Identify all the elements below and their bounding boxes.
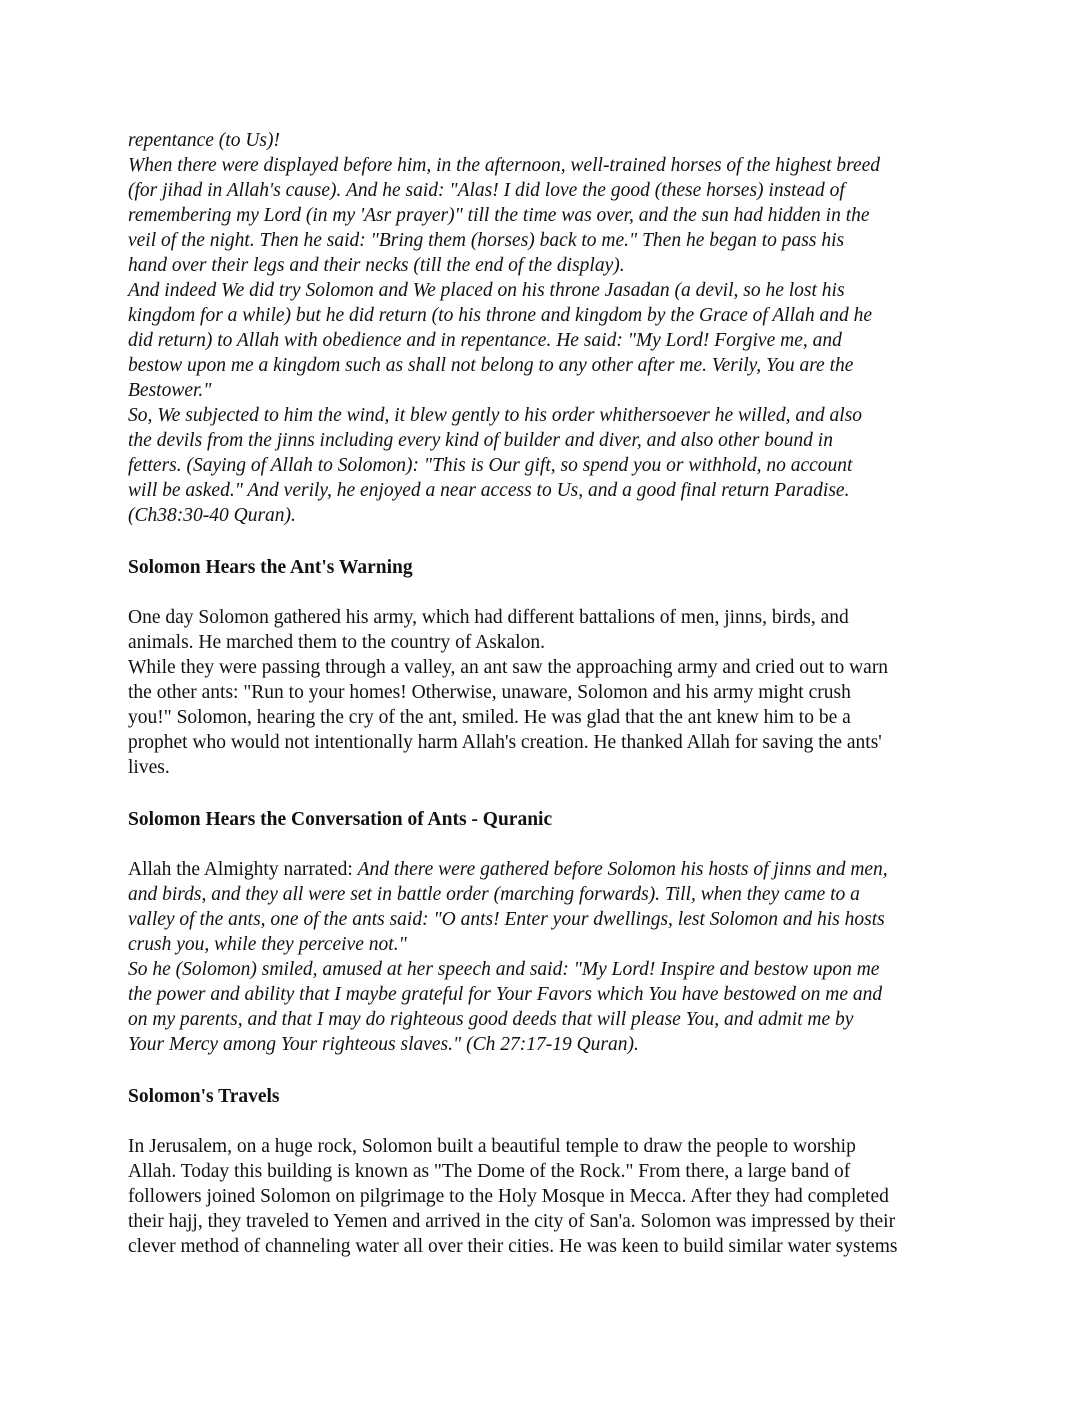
text-line: animals. He marched them to the country …: [128, 630, 545, 655]
text-line: the other ants: "Run to your homes! Othe…: [128, 680, 851, 705]
text-line: So he (Solomon) smiled, amused at her sp…: [128, 957, 879, 982]
text-line: Bestower.": [128, 378, 211, 403]
text-line: clever method of channeling water all ov…: [128, 1234, 897, 1259]
text-line: So, We subjected to him the wind, it ble…: [128, 403, 862, 428]
text-line: Allah the Almighty narrated: And there w…: [128, 857, 888, 882]
text-line: veil of the night. Then he said: "Bring …: [128, 228, 844, 253]
text-line: (Ch38:30-40 Quran).: [128, 503, 296, 528]
text-line: hand over their legs and their necks (ti…: [128, 253, 625, 278]
text-line: Your Mercy among Your righteous slaves."…: [128, 1032, 639, 1057]
text-line: crush you, while they perceive not.": [128, 932, 407, 957]
section-heading-travels: Solomon's Travels: [128, 1084, 280, 1109]
text-line: And indeed We did try Solomon and We pla…: [128, 278, 845, 303]
text-line: their hajj, they traveled to Yemen and a…: [128, 1209, 895, 1234]
text-line: bestow upon me a kingdom such as shall n…: [128, 353, 853, 378]
text-line: you!" Solomon, hearing the cry of the an…: [128, 705, 851, 730]
narration-intro: Allah the Almighty narrated:: [128, 859, 358, 880]
text-line: did return) to Allah with obedience and …: [128, 328, 842, 353]
text-line: will be asked." And verily, he enjoyed a…: [128, 478, 849, 503]
text-line: When there were displayed before him, in…: [128, 153, 880, 178]
text-line: repentance (to Us)!: [128, 128, 280, 153]
text-line: One day Solomon gathered his army, which…: [128, 605, 849, 630]
text-line: kingdom for a while) but he did return (…: [128, 303, 872, 328]
text-line: the devils from the jinns including ever…: [128, 428, 833, 453]
text-line: and birds, and they all were set in batt…: [128, 882, 860, 907]
text-line: prophet who would not intentionally harm…: [128, 730, 882, 755]
text-line: followers joined Solomon on pilgrimage t…: [128, 1184, 889, 1209]
text-line: valley of the ants, one of the ants said…: [128, 907, 885, 932]
text-line: Allah. Today this building is known as "…: [128, 1159, 850, 1184]
text-line: on my parents, and that I may do righteo…: [128, 1007, 853, 1032]
section-heading-ants-conversation: Solomon Hears the Conversation of Ants -…: [128, 807, 552, 832]
text-line: lives.: [128, 755, 170, 780]
section-heading-ants-warning: Solomon Hears the Ant's Warning: [128, 555, 413, 580]
text-line: While they were passing through a valley…: [128, 655, 888, 680]
text-line: In Jerusalem, on a huge rock, Solomon bu…: [128, 1134, 856, 1159]
text-line: remembering my Lord (in my 'Asr prayer)"…: [128, 203, 870, 228]
text-line: fetters. (Saying of Allah to Solomon): "…: [128, 453, 852, 478]
text-line: the power and ability that I maybe grate…: [128, 982, 882, 1007]
text-line: (for jihad in Allah's cause). And he sai…: [128, 178, 845, 203]
quran-quote: And there were gathered before Solomon h…: [358, 859, 888, 880]
